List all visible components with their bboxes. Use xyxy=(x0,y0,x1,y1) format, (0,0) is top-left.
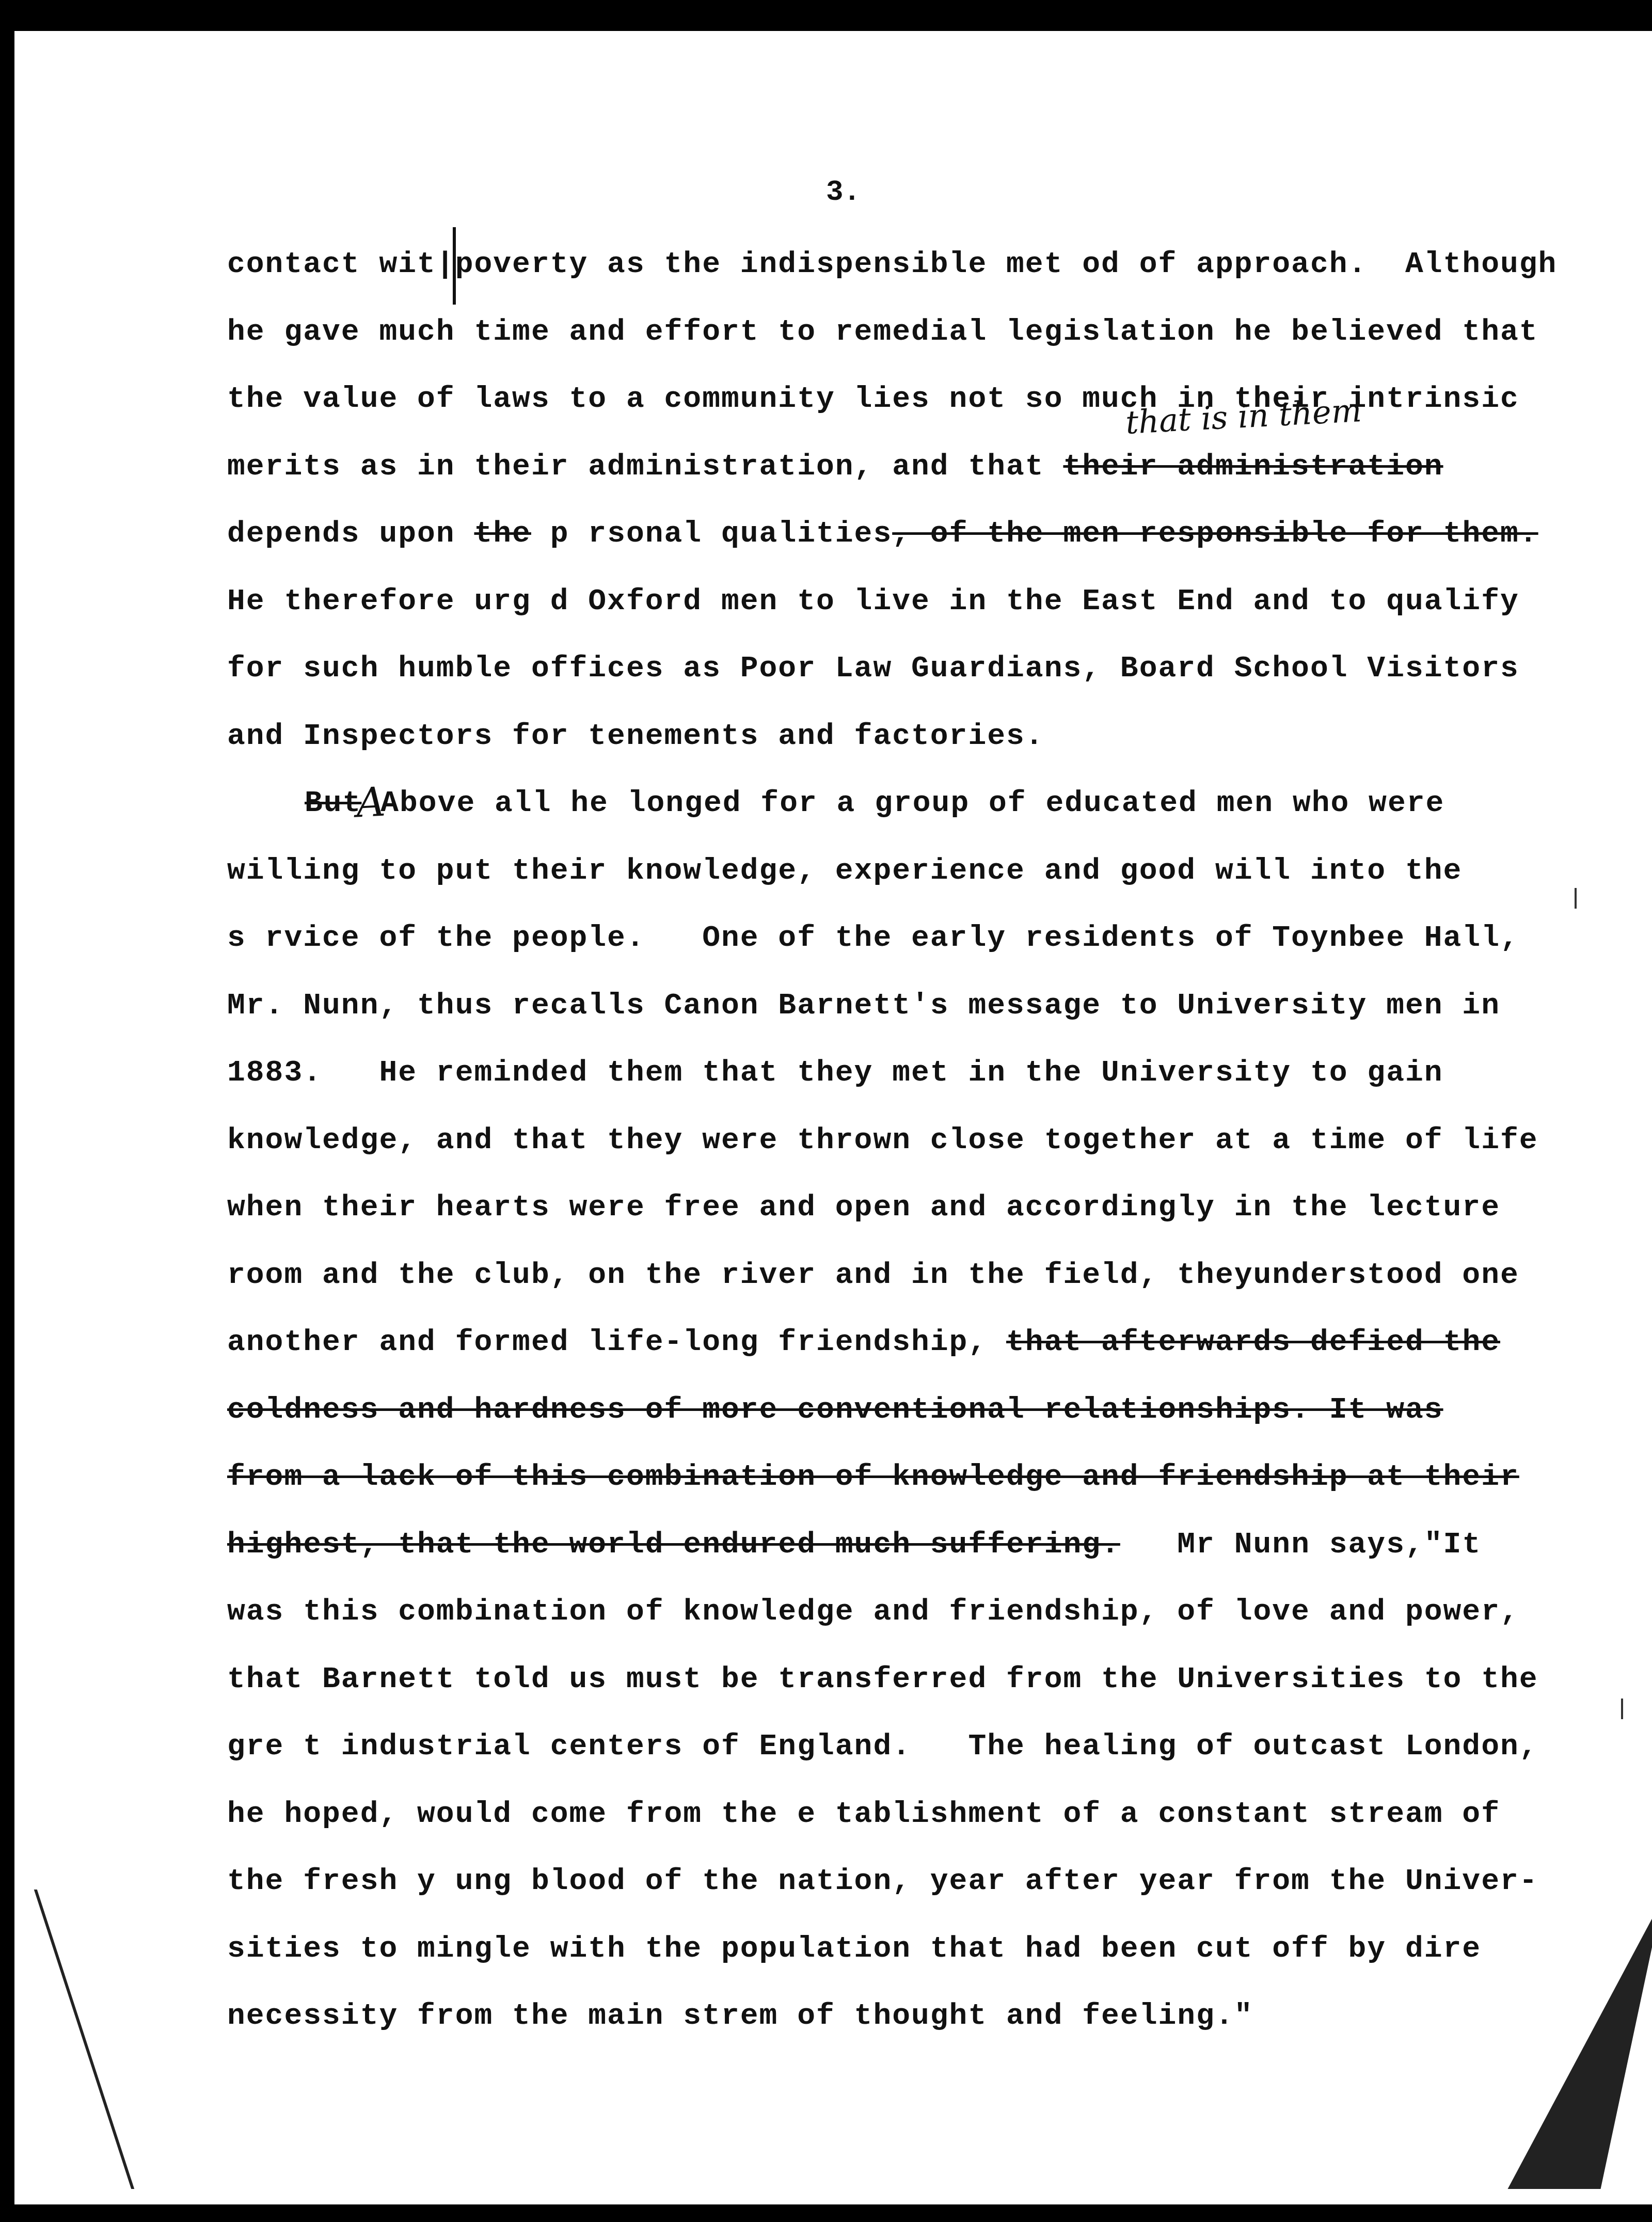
line-text: Above all he longed for a group of educa… xyxy=(361,787,1444,820)
text-line: Mr. Nunn, thus recalls Canon Barnett's m… xyxy=(227,989,1500,1023)
text-line: that Barnett told us must be transferred… xyxy=(227,1663,1538,1696)
text-line: sities to mingle with the population tha… xyxy=(227,1932,1481,1966)
struck-text: coldness and hardness of more convention… xyxy=(227,1393,1443,1427)
line-text: willing to put their knowledge, experien… xyxy=(227,854,1462,888)
struck-text: the xyxy=(474,517,531,551)
text-line: the fresh y ung blood of the nation, yea… xyxy=(227,1865,1538,1898)
struck-text: But xyxy=(305,787,361,820)
line-text: contact wit|poverty as the indispensible… xyxy=(227,248,1557,281)
text-line: from a lack of this combination of knowl… xyxy=(227,1461,1519,1494)
text-line: s rvice of the people. One of the early … xyxy=(227,922,1519,955)
text-line: He therefore urg d Oxford men to live in… xyxy=(227,585,1519,618)
text-line: coldness and hardness of more convention… xyxy=(227,1393,1443,1427)
margin-mark xyxy=(1621,1699,1623,1719)
text-line: 1883. He reminded them that they met in … xyxy=(227,1056,1443,1090)
text-line: But Above all he longed for a group of e… xyxy=(305,787,1444,820)
line-text: the fresh y ung blood of the nation, yea… xyxy=(227,1865,1538,1898)
line-text: room and the club, on the river and in t… xyxy=(227,1259,1519,1292)
line-text: knowledge, and that they were thrown clo… xyxy=(227,1124,1538,1157)
line-text: gre t industrial centers of England. The… xyxy=(227,1730,1538,1764)
text-line: merits as in their administration, and t… xyxy=(227,450,1443,484)
line-text: depends upon xyxy=(227,517,474,551)
line-text: Mr. Nunn, thus recalls Canon Barnett's m… xyxy=(227,989,1500,1023)
line-text: He therefore urg d Oxford men to live in… xyxy=(227,585,1519,618)
text-line: room and the club, on the river and in t… xyxy=(227,1259,1519,1292)
text-line: another and formed life-long friendship,… xyxy=(227,1326,1500,1359)
text-line: necessity from the main strem of thought… xyxy=(227,1999,1253,2033)
text-line: he hoped, would come from the e tablishm… xyxy=(227,1798,1500,1831)
struck-text: highest, that the world endured much suf… xyxy=(227,1528,1120,1562)
line-text: was this combination of knowledge and fr… xyxy=(227,1595,1519,1629)
line-text: for such humble offices as Poor Law Guar… xyxy=(227,652,1519,686)
scan-border-top xyxy=(0,0,1652,31)
text-line: gre t industrial centers of England. The… xyxy=(227,1730,1538,1764)
struck-text: that afterwards defied the xyxy=(1006,1326,1500,1359)
text-line: depends upon the p rsonal qualities, of … xyxy=(227,517,1538,551)
text-line: for such humble offices as Poor Law Guar… xyxy=(227,652,1519,686)
line-text: he gave much time and effort to remedial… xyxy=(227,315,1538,349)
line-text: s rvice of the people. One of the early … xyxy=(227,922,1519,955)
line-text: necessity from the main strem of thought… xyxy=(227,1999,1253,2033)
text-line: and Inspectors for tenements and factori… xyxy=(227,720,1044,753)
margin-mark xyxy=(1575,888,1577,909)
struck-text: their administration xyxy=(1063,450,1443,484)
text-line: when their hearts were free and open and… xyxy=(227,1191,1500,1225)
line-text: when their hearts were free and open and… xyxy=(227,1191,1500,1225)
page-number: 3. xyxy=(826,176,861,209)
text-line: he gave much time and effort to remedial… xyxy=(227,315,1538,349)
text-line: was this combination of knowledge and fr… xyxy=(227,1595,1519,1629)
text-line: contact wit|poverty as the indispensible… xyxy=(227,248,1557,281)
line-text: merits as in their administration, and t… xyxy=(227,450,1063,484)
line-text: Mr Nunn says,"It xyxy=(1120,1528,1481,1562)
text-line: willing to put their knowledge, experien… xyxy=(227,854,1462,888)
text-line: highest, that the world endured much suf… xyxy=(227,1528,1481,1562)
line-text: p rsonal qualities xyxy=(531,517,892,551)
struck-text: from a lack of this combination of knowl… xyxy=(227,1461,1519,1494)
text-line: knowledge, and that they were thrown clo… xyxy=(227,1124,1538,1157)
line-text: sities to mingle with the population tha… xyxy=(227,1932,1481,1966)
line-text: and Inspectors for tenements and factori… xyxy=(227,720,1044,753)
line-text: he hoped, would come from the e tablishm… xyxy=(227,1798,1500,1831)
line-text: that Barnett told us must be transferred… xyxy=(227,1663,1538,1696)
struck-text: , of the men responsible for them. xyxy=(892,517,1538,551)
line-text: 1883. He reminded them that they met in … xyxy=(227,1056,1443,1090)
line-text: another and formed life-long friendship, xyxy=(227,1326,1006,1359)
handwritten-correction: A xyxy=(355,779,387,827)
